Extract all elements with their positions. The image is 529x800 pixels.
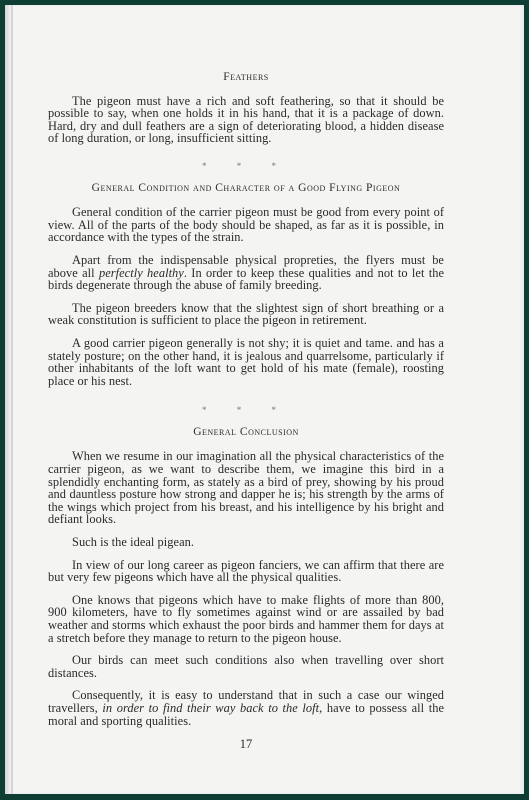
page-content: Feathers The pigeon must have a rich and… <box>48 5 444 751</box>
paragraph: General condition of the carrier pigeon … <box>48 206 444 244</box>
paragraph: In view of our long career as pigeon fan… <box>48 559 444 584</box>
paragraph: The pigeon must have a rich and soft fea… <box>48 95 444 145</box>
page-number: 17 <box>48 738 444 751</box>
section-heading-feathers: Feathers <box>48 71 444 84</box>
paragraph: Apart from the indispensable physical pr… <box>48 254 444 292</box>
section-separator: * * * <box>48 404 444 417</box>
section-heading-general-condition: General Condition and Character of a Goo… <box>48 182 444 195</box>
paragraph: When we resume in our imagination all th… <box>48 450 444 526</box>
paragraph: Such is the ideal pigean. <box>48 536 444 549</box>
paragraph: A good carrier pigeon generally is not s… <box>48 337 444 387</box>
section-separator: * * * <box>48 160 444 173</box>
book-page: Feathers The pigeon must have a rich and… <box>5 5 524 794</box>
paragraph: Consequently, it is easy to understand t… <box>48 689 444 727</box>
paragraph: Our birds can meet such conditions also … <box>48 654 444 679</box>
section-heading-general-conclusion: General Conclusion <box>48 426 444 439</box>
paragraph: The pigeon breeders know that the slight… <box>48 302 444 327</box>
scan-border: Feathers The pigeon must have a rich and… <box>0 0 529 800</box>
paragraph: One knows that pigeons which have to mak… <box>48 594 444 644</box>
